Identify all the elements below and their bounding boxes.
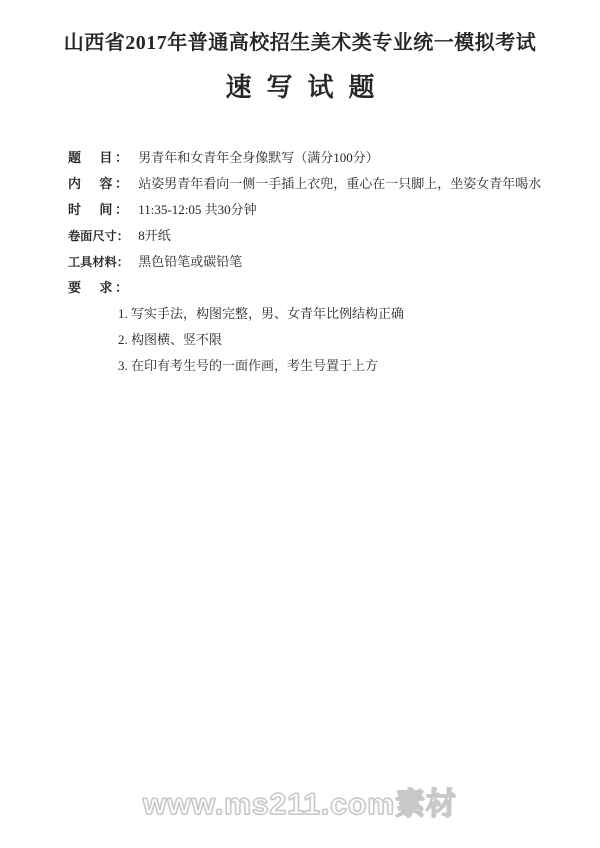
field-content-label: 内 容： xyxy=(68,171,128,197)
field-tools-value: 黑色铅笔或碳铅笔 xyxy=(138,254,242,269)
field-paper-size-label: 卷面尺寸： xyxy=(68,223,128,249)
field-tools: 工具材料： 黑色铅笔或碳铅笔 xyxy=(68,249,570,275)
field-paper-size: 卷面尺寸： 8开纸 xyxy=(68,223,570,249)
field-paper-size-value: 8开纸 xyxy=(138,228,171,243)
watermark-text: www.ms211.com素材 xyxy=(0,779,600,823)
field-tools-label: 工具材料： xyxy=(68,249,128,275)
field-topic-value: 男青年和女青年全身像默写（满分100分） xyxy=(138,150,379,165)
field-content-value: 站姿男青年看向一侧一手插上衣兜，重心在一只脚上，坐姿女青年喝水 xyxy=(138,176,541,191)
page-title: 山西省2017年普通高校招生美术类专业统一模拟考试 xyxy=(0,0,600,55)
field-time-value: 11:35-12:05 共30分钟 xyxy=(138,202,256,217)
page-subtitle: 速写试题 xyxy=(0,74,600,102)
field-topic-label: 题 目： xyxy=(68,145,128,171)
field-requirements-label: 要 求： xyxy=(68,275,128,301)
field-topic: 题 目： 男青年和女青年全身像默写（满分100分） xyxy=(68,145,570,171)
requirement-item-1: 1. 写实手法，构图完整，男、女青年比例结构正确 xyxy=(118,301,570,327)
requirements-list: 1. 写实手法，构图完整，男、女青年比例结构正确 2. 构图横、竖不限 3. 在… xyxy=(68,301,570,379)
field-time: 时 间： 11:35-12:05 共30分钟 xyxy=(68,197,570,223)
exam-paper-page: 山西省2017年普通高校招生美术类专业统一模拟考试 速写试题 题 目： 男青年和… xyxy=(0,0,600,848)
field-time-label: 时 间： xyxy=(68,197,128,223)
field-content: 内 容： 站姿男青年看向一侧一手插上衣兜，重心在一只脚上，坐姿女青年喝水 xyxy=(68,171,570,197)
field-requirements: 要 求： xyxy=(68,275,570,301)
requirement-item-2: 2. 构图横、竖不限 xyxy=(118,327,570,353)
exam-info-section: 题 目： 男青年和女青年全身像默写（满分100分） 内 容： 站姿男青年看向一侧… xyxy=(68,145,570,379)
requirement-item-3: 3. 在印有考生号的一面作画，考生号置于上方 xyxy=(118,353,570,379)
